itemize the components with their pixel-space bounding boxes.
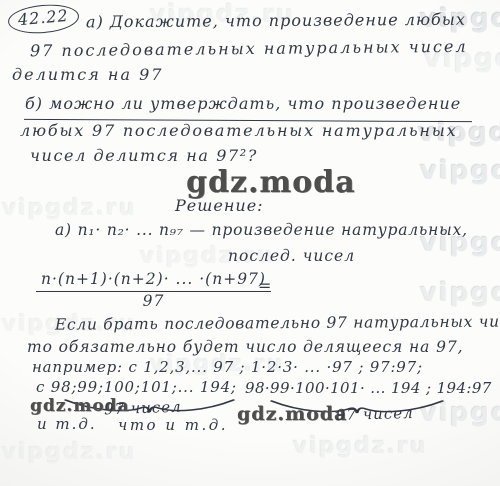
solution-line3: например: с 1,2,3,... 97 ; 1·2·3· ... ·9…	[32, 359, 423, 376]
solution-line4-left: с 98;99;100;101;... 194;	[36, 379, 237, 396]
solution-line5-left: и т.д.	[37, 416, 97, 433]
problem-line-b3: чисел делится на 97²?	[30, 147, 258, 165]
fraction-numerator: n·(n+1)·(n+2)· ... ·(n+97)	[36, 271, 271, 292]
problem-line-a2: 97 последовательных натуральных чисел	[30, 38, 468, 60]
task-number: 42.22	[8, 5, 79, 33]
fraction: n·(n+1)·(n+2)· ... ·(n+97) 97	[36, 271, 271, 310]
scanned-notebook-page: vipgdz.ru vipgdz vipgdz vipgdz vipgdz vi…	[0, 0, 500, 486]
solution-intro-line1: а) n₁· n₂· ... n₉₇ — произведение натура…	[55, 222, 468, 239]
brace-label-left: 97 чисел	[104, 399, 182, 418]
brace-label-right: 97 чисел	[336, 405, 414, 424]
solution-intro-line2: послед. чисел	[228, 248, 355, 265]
solution-line4-right: 98·99·100·101· ... 194 ; 194:97	[245, 380, 492, 397]
solution-line5-right: что и т.д.	[118, 417, 228, 434]
watermark-gdz-moda-bottom-center: gdz.moda	[237, 403, 347, 425]
task-number-circle: 42.22	[7, 2, 80, 36]
problem-line-b1: б) можно ли утверждать, что произведение	[25, 95, 461, 113]
watermark-vipgdz-ru: vipgdz.ru	[2, 440, 137, 465]
problem-line-a3: делится на 97	[12, 66, 163, 84]
problem-line-a1: а) Докажите, что произведение любых	[86, 11, 466, 31]
watermark-vipgdz: vipgdz	[420, 278, 500, 308]
watermark-vipgdz-ru: vipgdz.ru	[293, 434, 428, 459]
fraction-denominator: 97	[36, 292, 271, 310]
problem-line-b2: любых 97 последовательных натуральных	[20, 122, 457, 140]
watermark-gdz-moda-center: gdz.moda	[186, 165, 356, 200]
solution-line1: Если брать последовательно 97 натуральны…	[55, 313, 500, 333]
fraction-equals-sign: =	[258, 277, 272, 295]
solution-heading: Решение:	[175, 197, 264, 215]
watermark-vipgdz: vipgdz	[420, 156, 500, 186]
solution-line2: то обязательно будет число делящееся на …	[27, 339, 463, 356]
watermark-vipgdz-ru: vipgdz.ru	[2, 196, 137, 221]
